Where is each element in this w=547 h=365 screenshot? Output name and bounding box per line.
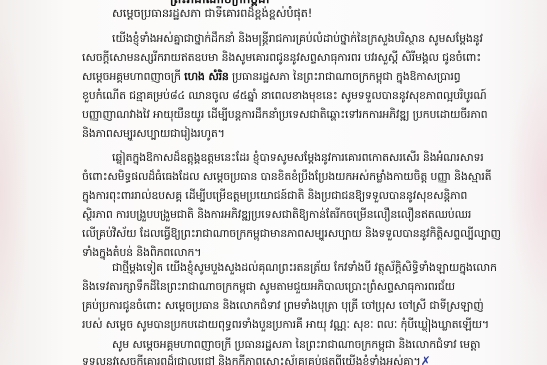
paragraph-2-line-6: ទាំងក្នុងតំបន់ និងពិភពលោក។	[82, 245, 201, 260]
paragraph-4-line-2-text: ទទួលនូវសេចក្តីគោរពដ៏ជ្រាលជ្រៅ និងកក្តីភា…	[82, 355, 421, 365]
paragraph-4-line-1: សូម សម្តេចអគ្គមហាពញាចក្រី ប្រធានរដ្ឋសភា …	[112, 337, 480, 352]
paragraph-3-line-1: ជាថ្មីម្តងទៀត យើងខ្ញុំសូមបួងសួងដល់គុណព្រ…	[112, 260, 497, 275]
paragraph-1-line-3-rest: ប្រធានរដ្ឋសភា នៃព្រះរាជាណាចក្រកម្ពុជា ក្…	[229, 70, 461, 83]
paragraph-4-line-2: ទទួលនូវសេចក្តីគោរពដ៏ជ្រាលជ្រៅ និងកក្តីភា…	[82, 354, 430, 365]
honoree-name: ហេង សំរិន	[184, 70, 229, 83]
paragraph-3-line-3: គ្រប់ប្រការជូនចំពោះ សម្តេចប្រធាន និងលោកជ…	[82, 298, 483, 313]
paragraph-1-line-3: សម្តេចអគ្គមហាពញាចក្រី ហេង សំរិន ប្រធានរដ…	[82, 69, 460, 84]
paragraph-1-line-2: សេចក្តីសោមនស្សរីករាយឥតឧបមា និងសូមគោរពជូន…	[82, 50, 481, 65]
paragraph-2-line-1: ឆ្លៀតក្នុងឱកាសដ៏ឧត្តុង្គឧត្តមនេះដែរ ខ្ញុ…	[112, 150, 484, 165]
document-page: ព្រះរាជាណាចក្រកម្ពុជា សម្តេចប្រធានរដ្ឋសភ…	[0, 0, 547, 365]
paragraph-2-line-2: ចំពោះសមិទ្ធផលដ៏ធំធេងដែល សម្តេចប្រធាន បាន…	[82, 169, 491, 184]
end-mark-icon: ✗	[421, 354, 431, 365]
paragraph-1-line-3-text: សម្តេចអគ្គមហាពញាចក្រី	[82, 70, 184, 83]
paragraph-3-line-2: និងទេវតារក្សាទឹកដីនៃព្រះរាជាណាចក្រកម្ពុជ…	[82, 279, 455, 294]
paper-stain-right	[507, 60, 547, 310]
paragraph-3-line-4: របស់ សម្តេច សូមបានប្រកបដោយពុទ្ធពរទាំងបួន…	[82, 317, 489, 332]
paragraph-2-line-4: ស្ថិរភាព ការបង្រួបបង្រួមជាតិ និងការអភិវឌ…	[82, 207, 471, 222]
paragraph-1-line-1: យើងខ្ញុំទាំងអស់គ្នាជាថ្នាក់ដឹកនាំ និងមន្…	[112, 31, 483, 46]
paragraph-2-line-5: លើគ្រប់វិស័យ ដែលធ្វើឱ្យព្រះរាជាណាចក្រកម្…	[82, 226, 501, 241]
paragraph-1-line-4: ខួបកំណើត ជន្មាគម្រប់៨៤ ឈានចូល ៨៥ឆ្នាំ នា…	[82, 88, 487, 103]
paper-stain-left	[0, 20, 30, 365]
paragraph-2-line-3: ក្នុងការពុះពាររាល់ឧបសគ្គ ដើម្បីបម្រើឧត្ត…	[82, 188, 467, 203]
paragraph-1-line-5: បញ្ញាញាណវាងវៃ អាយុយឺនយូរ ដើម្បីបន្តការដឹ…	[82, 107, 487, 122]
salutation: សម្តេចប្រធានរដ្ឋសភា ជាទីគោរពដ៏ខ្ពង់ខ្ពស់…	[112, 6, 312, 21]
paragraph-1-line-6: និងភាពសម្បូរសប្បាយជារៀងរហូត។	[82, 126, 225, 141]
